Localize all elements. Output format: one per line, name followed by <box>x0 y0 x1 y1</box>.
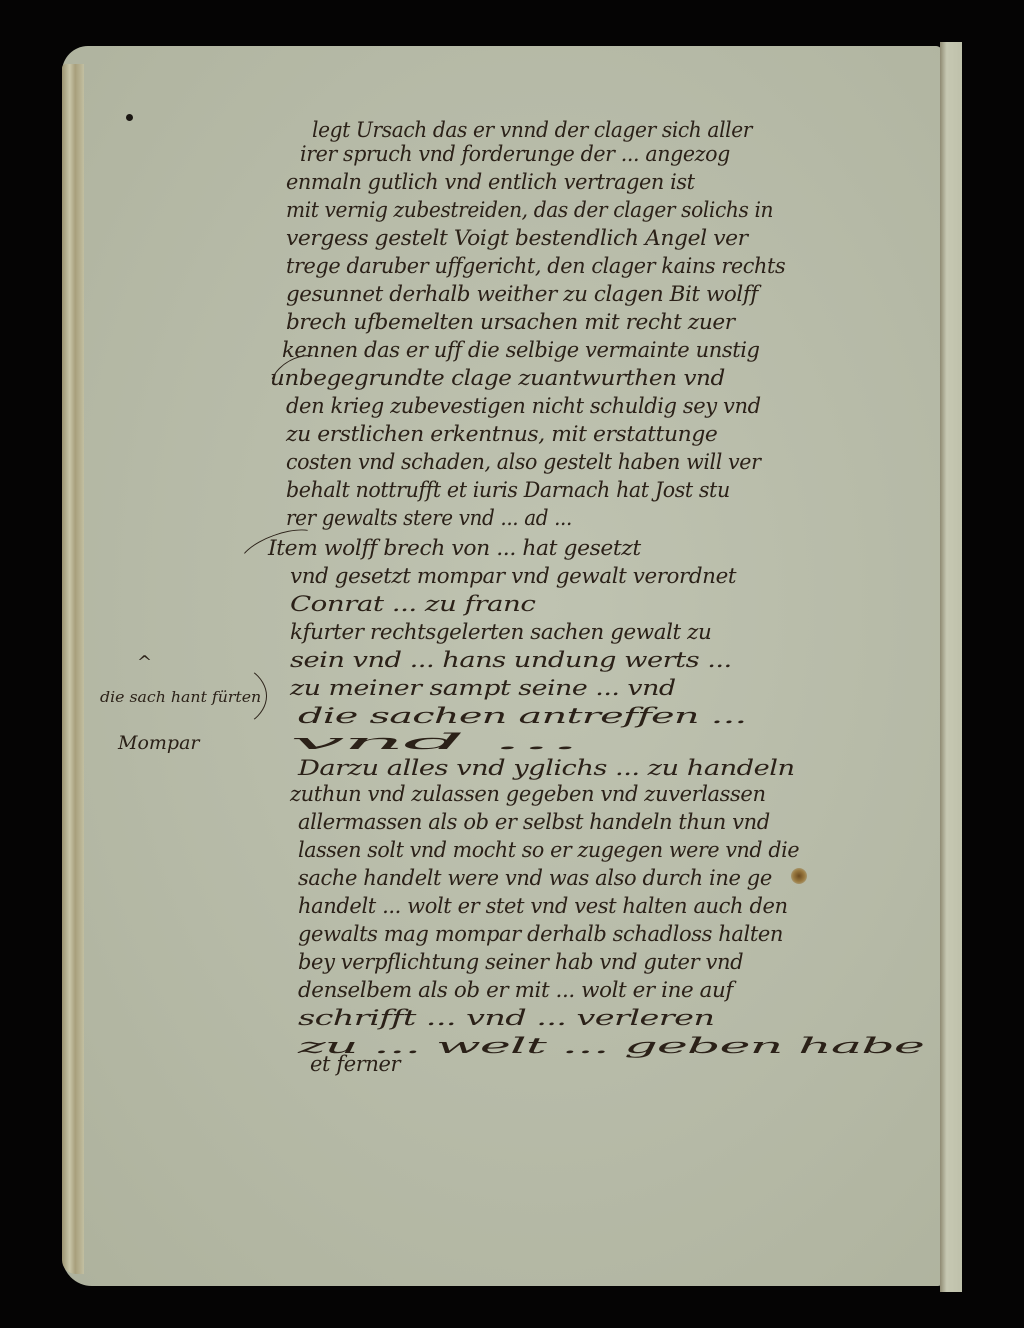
text-line: mit vernig zubestreiden, das der clager … <box>286 198 773 222</box>
text-line: enmaln gutlich vnd entlich vertragen ist <box>286 170 695 194</box>
text-line: gewalts mag mompar derhalb schadloss hal… <box>298 922 783 946</box>
text-line: irer spruch vnd forderunge der ... angez… <box>300 142 730 166</box>
text-line: vergess gestelt Voigt bestendlich Angel … <box>286 226 748 250</box>
text-line: brech ufbemelten ursachen mit recht zuer <box>286 310 735 334</box>
text-line: unbegegrundte clage zuantwurthen vnd <box>270 366 725 390</box>
insertion-caret-mark: ^ <box>137 652 152 673</box>
text-line: lassen solt vnd mocht so er zugegen were… <box>298 838 799 862</box>
text-line: zu erstlichen erkentnus, mit erstattunge <box>286 422 717 446</box>
text-line: Darzu alles vnd yglichs ... zu handeln <box>298 756 795 780</box>
text-line: zu meiner sampt seine ... vnd <box>290 676 676 700</box>
text-line: bey verpflichtung seiner hab vnd guter v… <box>298 950 743 974</box>
text-line: die sachen antreffen ... <box>298 704 746 728</box>
page-edge-left <box>62 64 84 1274</box>
margin-flourish <box>165 660 267 732</box>
ink-stain <box>791 868 807 884</box>
text-line: denselbem als ob er mit ... wolt er ine … <box>298 978 733 1002</box>
text-line: gesunnet derhalb weither zu clagen Bit w… <box>286 282 758 306</box>
text-line: allermassen als ob er selbst handeln thu… <box>298 810 770 834</box>
text-line: legt Ursach das er vnnd der clager sich … <box>312 118 752 142</box>
text-line: vnd gesetzt mompar vnd gewalt verordnet <box>290 564 736 588</box>
text-line: Conrat ... zu franc <box>290 592 535 616</box>
text-line: den krieg zubevestigen nicht schuldig se… <box>286 394 761 418</box>
text-line: rer gewalts stere vnd ... ad ... <box>286 506 572 530</box>
book-spine-strip <box>940 42 962 1292</box>
margin-note-line-2: Mompar <box>118 732 199 754</box>
binding-hole <box>126 114 133 121</box>
text-line: handelt ... wolt er stet vnd vest halten… <box>298 894 788 918</box>
text-line: kfurter rechtsgelerten sachen gewalt zu <box>290 620 711 644</box>
text-line: sein vnd ... hans undung werts ... <box>290 648 732 672</box>
text-line: kennen das er uff die selbige vermainte … <box>282 338 760 362</box>
text-line: zuthun vnd zulassen gegeben vnd zuverlas… <box>290 782 766 806</box>
text-line: vnd ... <box>290 730 579 754</box>
text-line: schrifft ... vnd ... verleren <box>298 1006 714 1030</box>
text-line: costen vnd schaden, also gestelt haben w… <box>286 450 761 474</box>
text-line: trege daruber uffgericht, den clager kai… <box>286 254 785 278</box>
text-line: sache handelt were vnd was also durch in… <box>298 866 772 890</box>
text-line: et ferner <box>310 1052 400 1076</box>
text-line: Item wolff brech von ... hat gesetzt <box>268 536 641 560</box>
text-line: behalt nottrufft et iuris Darnach hat Jo… <box>286 478 730 502</box>
